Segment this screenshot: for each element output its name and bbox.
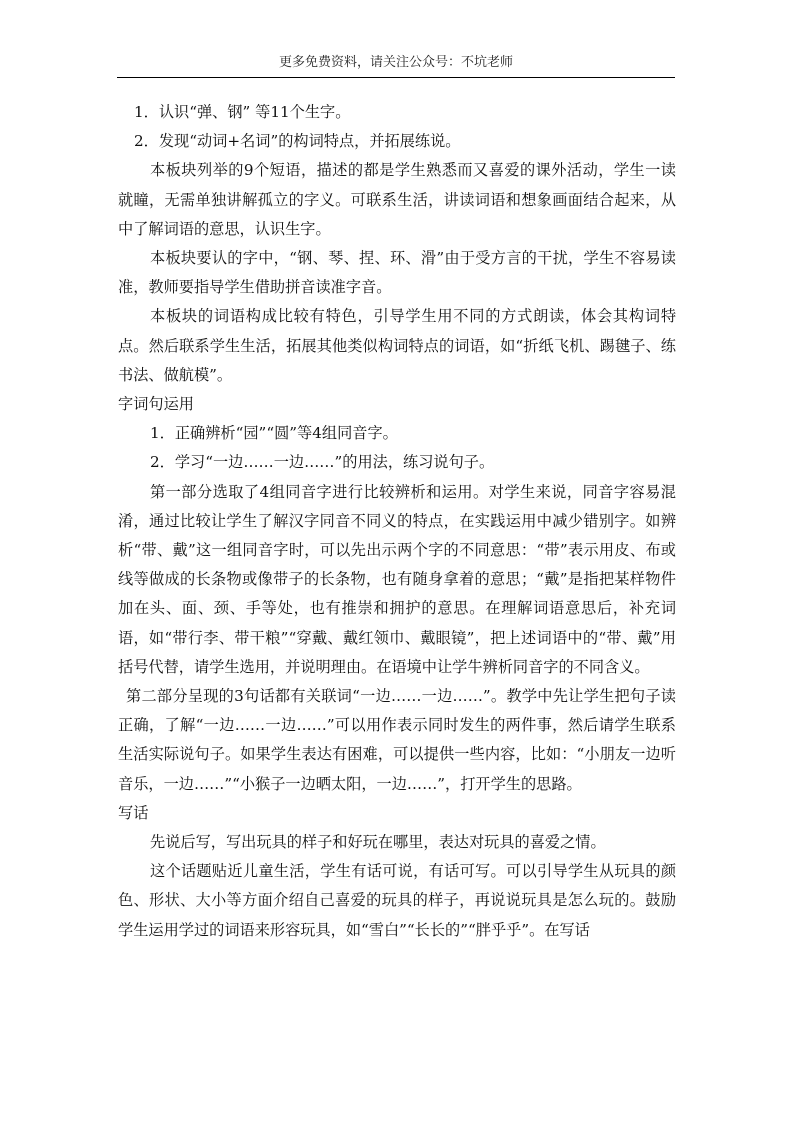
paragraph-conjunctions: 第二部分呈现的3句话都有关联词“一边……一边……”。教学中先让学生把句子读正确，… bbox=[118, 682, 676, 799]
header-text: 更多免费资料，请关注公众号：不坑老师 bbox=[279, 55, 513, 70]
section-heading-writing: 写话 bbox=[118, 799, 676, 828]
paragraph-writing-guidance: 这个话题贴近儿童生活，学生有话可说，有话可写。可以引导学生从玩具的颜色、形状、大… bbox=[118, 857, 676, 945]
paragraph-pronunciation: 本板块要认的字中，“钢、琴、捏、环、滑”由于受方言的干扰，学生不容易读准，教师要… bbox=[118, 244, 676, 302]
paragraph-word-structure: 本板块的词语构成比较有特色，引导学生用不同的方式朗读，体会其构词特点。然后联系学… bbox=[118, 302, 676, 390]
usage-item-1: 1．正确辨析“园”“圆”等4组同音字。 bbox=[118, 419, 676, 448]
section-heading-word-usage: 字词句运用 bbox=[118, 390, 676, 419]
paragraph-homophones: 第一部分选取了4组同音字进行比较辨析和运用。对学生来说，同音字容易混淆，通过比较… bbox=[118, 478, 676, 682]
document-body: 1．认识“弹、钢” 等11个生字。 2．发现“动词+名词”的构词特点，并拓展练说… bbox=[118, 98, 676, 945]
paragraph-short-phrases: 本板块列举的9个短语，描述的都是学生熟悉而又喜爱的课外活动，学生一读就瞳，无需单… bbox=[118, 156, 676, 244]
paragraph-writing-goal: 先说后写，写出玩具的样子和好玩在哪里，表达对玩具的喜爱之情。 bbox=[118, 828, 676, 857]
objective-item-1: 1．认识“弹、钢” 等11个生字。 bbox=[118, 98, 676, 127]
objective-item-2: 2．发现“动词+名词”的构词特点，并拓展练说。 bbox=[118, 127, 676, 156]
usage-item-2: 2．学习“一边……一边……”的用法，练习说句子。 bbox=[118, 448, 676, 477]
page-header: 更多免费资料，请关注公众号：不坑老师 bbox=[117, 54, 675, 78]
